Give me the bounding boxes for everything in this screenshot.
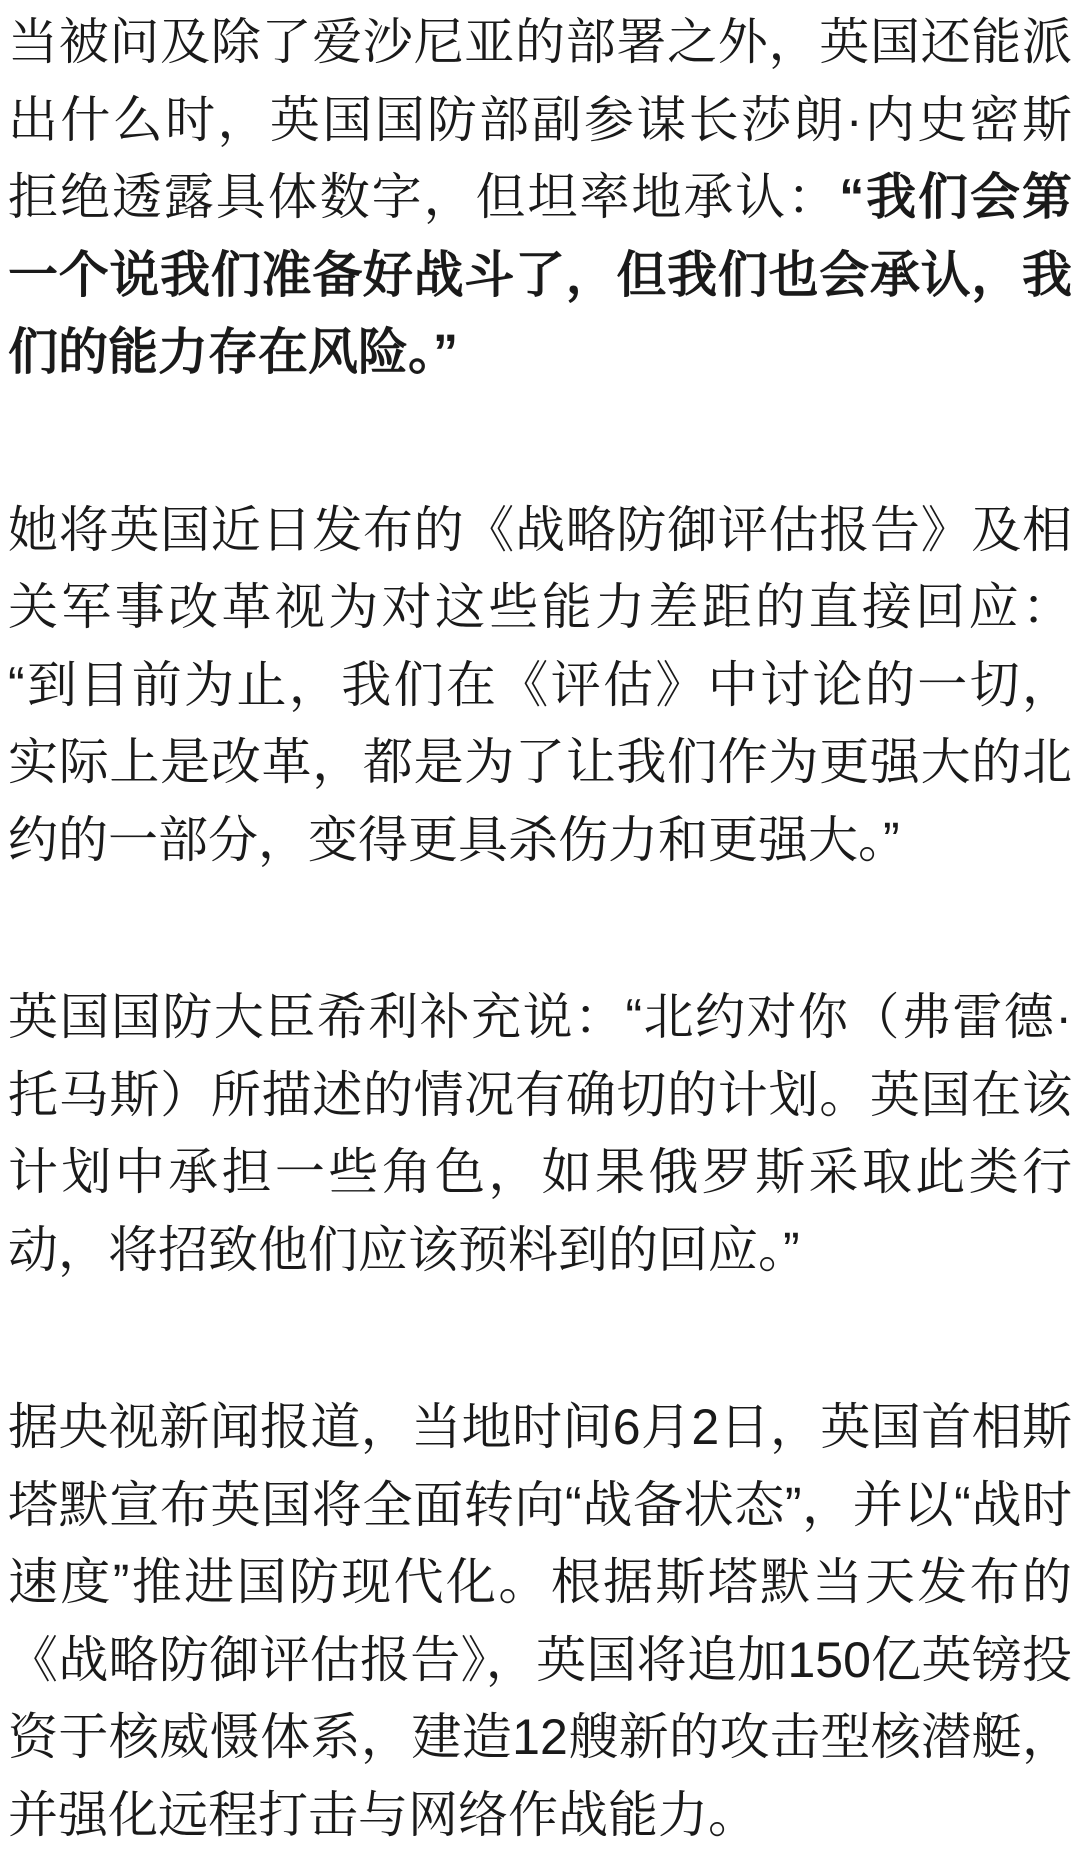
paragraph-text: 英国国防大臣希利补充说：“北约对你（弗雷德·托马斯）所描述的情况有确切的计划。英… bbox=[8, 989, 1072, 1278]
paragraph: 她将英国近日发布的《战略防御评估报告》及相关军事改革视为对这些能力差距的直接回应… bbox=[8, 492, 1072, 880]
paragraph: 据央视新闻报道，当地时间6月2日，英国首相斯塔默宣布英国将全面转向“战备状态”，… bbox=[8, 1389, 1072, 1854]
paragraph-text: 她将英国近日发布的《战略防御评估报告》及相关军事改革视为对这些能力差距的直接回应… bbox=[8, 502, 1072, 868]
paragraph: 当被问及除了爱沙尼亚的部署之外，英国还能派出什么时，英国国防部副参谋长莎朗·内史… bbox=[8, 4, 1072, 392]
paragraph: 英国国防大臣希利补充说：“北约对你（弗雷德·托马斯）所描述的情况有确切的计划。英… bbox=[8, 979, 1072, 1289]
article-body: 当被问及除了爱沙尼亚的部署之外，英国还能派出什么时，英国国防部副参谋长莎朗·内史… bbox=[0, 0, 1080, 1854]
paragraph-text: 据央视新闻报道，当地时间6月2日，英国首相斯塔默宣布英国将全面转向“战备状态”，… bbox=[8, 1399, 1072, 1843]
